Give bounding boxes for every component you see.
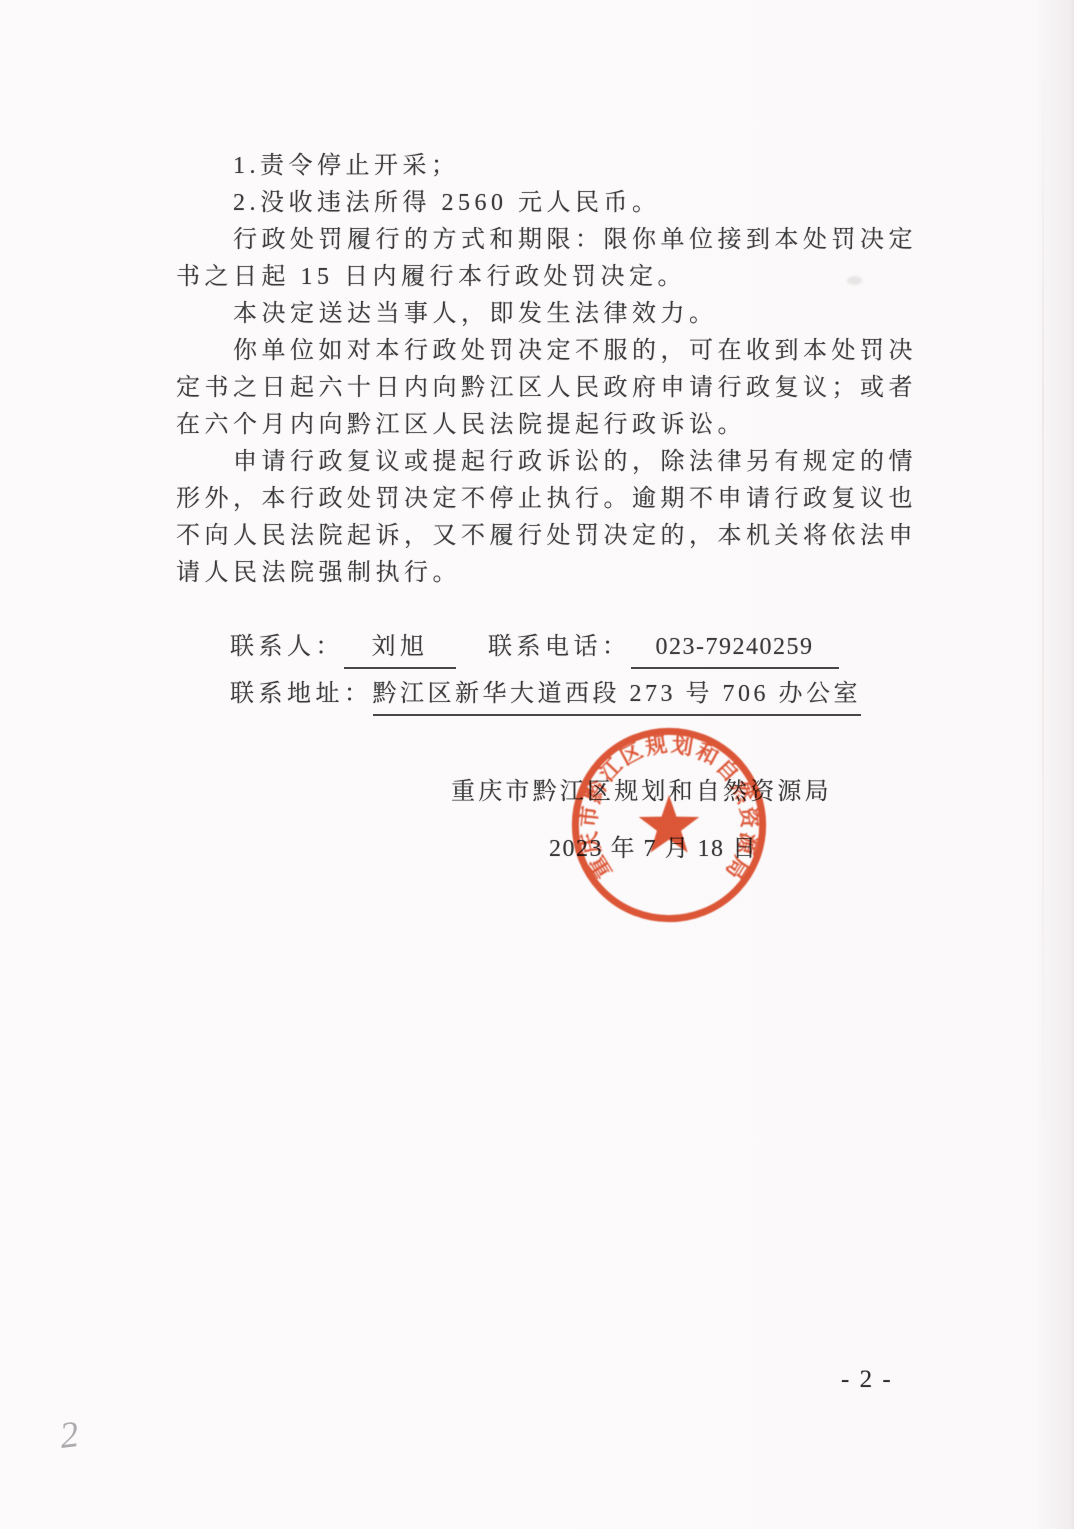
contact-line-2: 联系地址：黔江区新华大道西段 273 号 706 办公室: [230, 671, 861, 718]
contact-address-label: 联系地址：: [230, 681, 373, 707]
seal-star: [639, 795, 699, 853]
handwritten-page-mark: 2: [57, 1413, 81, 1458]
text-line: 书之日起 15 日内履行本行政处罚决定。: [176, 259, 926, 296]
text-line: 2.没收违法所得 2560 元人民币。: [176, 185, 926, 222]
page-number: - 2 -: [841, 1366, 893, 1394]
contact-phone-label: 联系电话：: [488, 634, 631, 660]
contact-person-value: 刘旭: [344, 630, 456, 669]
text-line: 行政处罚履行的方式和期限：限你单位接到本处罚决定: [176, 222, 926, 259]
contact-phone-value: 023-79240259: [631, 630, 839, 669]
text-line: 你单位如对本行政处罚决定不服的，可在收到本处罚决: [176, 333, 926, 370]
official-seal: 重庆市黔江区规划和自然资源局: [566, 722, 772, 928]
text-line: 在六个月内向黔江区人民法院提起行政诉讼。: [176, 407, 926, 444]
contact-person-label: 联系人：: [230, 634, 344, 660]
text-line: 形外，本行政处罚决定不停止执行。逾期不申请行政复议也: [176, 481, 926, 518]
contact-address-value: 黔江区新华大道西段 273 号 706 办公室: [373, 677, 862, 716]
contact-line-1: 联系人：刘旭联系电话：023-79240259: [230, 624, 861, 671]
text-line: 本决定送达当事人，即发生法律效力。: [176, 296, 926, 333]
text-line: 请人民法院强制执行。: [176, 555, 926, 592]
scan-artifact-line: [1042, 60, 1044, 1160]
text-line: 不向人民法院起诉，又不履行处罚决定的，本机关将依法申: [176, 518, 926, 555]
document-page: 1.责令停止开采；2.没收违法所得 2560 元人民币。行政处罚履行的方式和期限…: [0, 0, 1074, 1529]
body-text: 1.责令停止开采；2.没收违法所得 2560 元人民币。行政处罚履行的方式和期限…: [176, 148, 926, 592]
text-line: 定书之日起六十日内向黔江区人民政府申请行政复议；或者: [176, 370, 926, 407]
contact-block: 联系人：刘旭联系电话：023-79240259 联系地址：黔江区新华大道西段 2…: [230, 624, 861, 718]
text-line: 申请行政复议或提起行政诉讼的，除法律另有规定的情: [176, 444, 926, 481]
scan-artifact-smudge: [847, 276, 862, 285]
text-line: 1.责令停止开采；: [176, 148, 926, 185]
